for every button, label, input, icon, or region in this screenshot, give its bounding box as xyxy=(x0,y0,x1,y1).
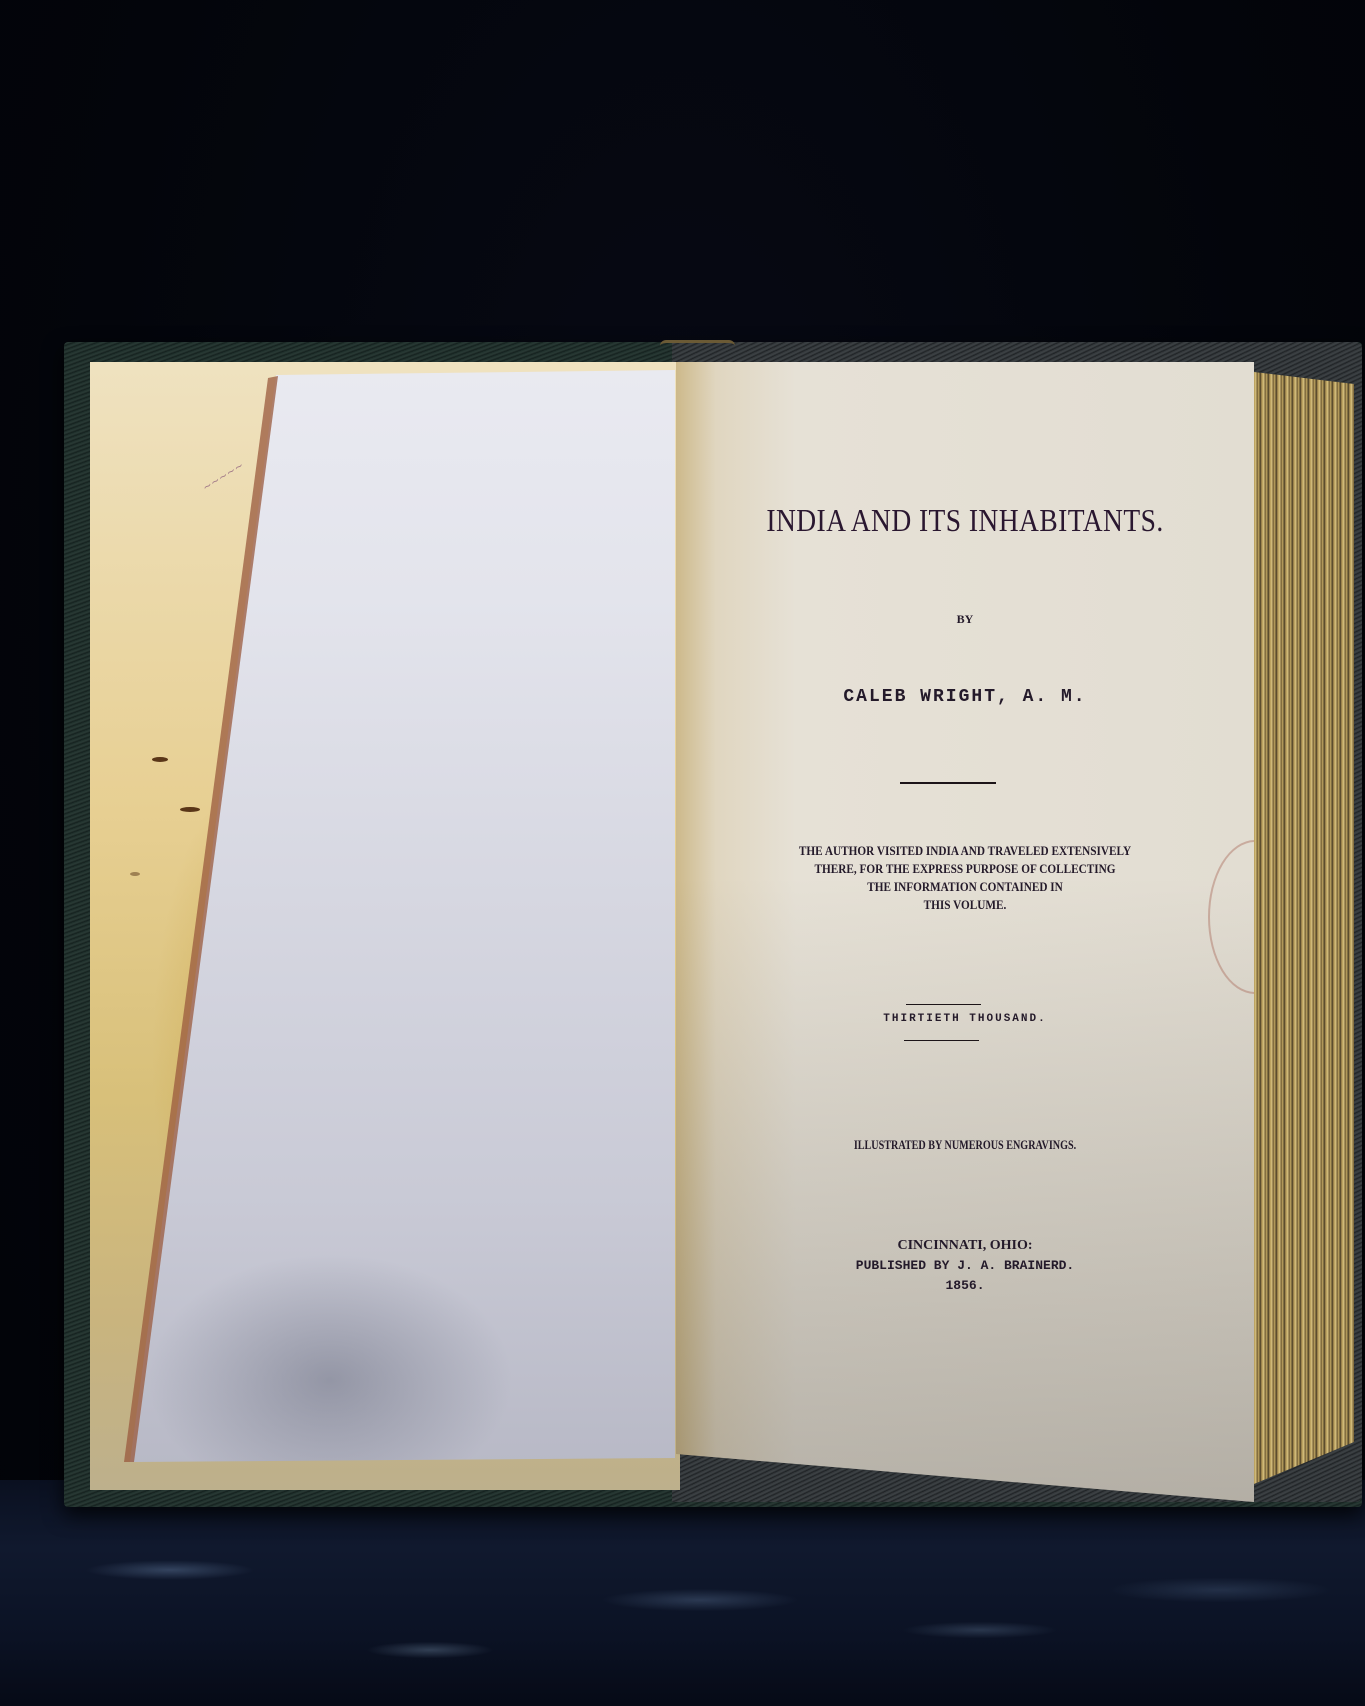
page-edges-stack xyxy=(1254,372,1354,1484)
author-name: CALEB WRIGHT, A. M. xyxy=(676,687,1254,707)
book-title: INDIA AND ITS INHABITANTS. xyxy=(716,502,1213,539)
title-page: INDIA AND ITS INHABITANTS. BY CALEB WRIG… xyxy=(676,362,1254,1502)
description-line: THIS VOLUME. xyxy=(705,896,1225,914)
description-paragraph: THE AUTHOR VISITED INDIA AND TRAVELED EX… xyxy=(705,842,1225,914)
divider-rule xyxy=(900,782,996,784)
edition-rule-top xyxy=(906,1004,981,1005)
book-photo-scene: ~~~~~ INDIA AND ITS INHABITANTS. BY CALE… xyxy=(0,0,1365,1706)
description-line: THE AUTHOR VISITED INDIA AND TRAVELED EX… xyxy=(705,842,1225,860)
edition-statement: THIRTIETH THOUSAND. xyxy=(676,1013,1254,1025)
imprint-year: 1856. xyxy=(676,1276,1254,1296)
description-line: THERE, FOR THE EXPRESS PURPOSE OF COLLEC… xyxy=(705,860,1225,878)
imprint-publisher: PUBLISHED BY J. A. BRAINERD. xyxy=(676,1256,1254,1276)
stain-mark xyxy=(152,757,168,762)
stain-mark xyxy=(130,872,140,876)
edition-rule-bottom xyxy=(904,1040,979,1041)
illustrations-note: ILLUSTRATED BY NUMEROUS ENGRAVINGS. xyxy=(740,1137,1191,1153)
imprint-place: CINCINNATI, OHIO: xyxy=(676,1236,1254,1256)
spine-headband xyxy=(660,340,735,357)
stain-mark xyxy=(180,807,200,812)
left-flyleaf xyxy=(90,362,680,1490)
imprint: CINCINNATI, OHIO: PUBLISHED BY J. A. BRA… xyxy=(676,1236,1254,1296)
by-line: BY xyxy=(676,612,1254,627)
description-line: THE INFORMATION CONTAINED IN xyxy=(705,878,1225,896)
velvet-surface xyxy=(0,1480,1365,1706)
